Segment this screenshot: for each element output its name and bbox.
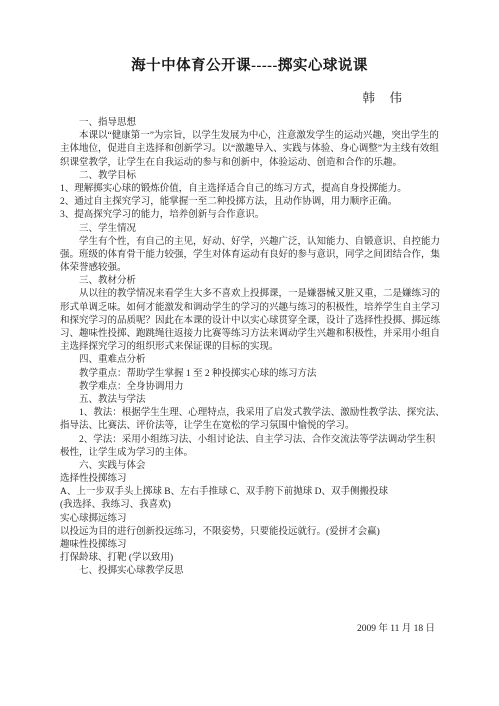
text-line: 七、投掷实心球教学反思	[60, 565, 440, 578]
text-line: 一、指导思想	[60, 117, 440, 130]
text-line: 主选择探究学习的组织形式来保证课的目标的实现。	[60, 341, 440, 354]
text-line: 三、学生情况	[60, 223, 440, 236]
text-line: 实心球掷远练习	[60, 513, 440, 526]
text-line: 二、教学目标	[60, 170, 440, 183]
text-line: 2、学法：采用小组练习法、小组讨论法、自主学习法、合作交流法等学法调动学生积	[60, 434, 440, 447]
text-line: 形式单调乏味。如何才能激发和调动学生的学习的兴趣与练习的积极性，培养学生自主学习	[60, 302, 440, 315]
text-line: 五、教法与学法	[60, 394, 440, 407]
text-line: 织课堂教学，让学生在自我运动的参与和创新中，体验运动、创造和合作的乐趣。	[60, 157, 440, 170]
text-line: 三、教材分析	[60, 275, 440, 288]
text-line: 从以往的教学情况来看学生大多不喜欢上投掷课，一是嫌器械又脏又重，二是嫌练习的	[60, 288, 440, 301]
text-line: 选择性投掷练习	[60, 473, 440, 486]
text-line: 以投远为目的进行创新投远练习，不限姿势，只要能投远就行。(爱拼才会赢)	[60, 526, 440, 539]
text-line: 体荣誉感较强。	[60, 262, 440, 275]
document-date: 2009 年 11 月 18 日	[60, 623, 440, 636]
text-line: 教学难点：全身协调用力	[60, 381, 440, 394]
text-line: 2、通过自主探究学习，能掌握一至二种投掷方法，且动作协调，用力顺序正确。	[60, 196, 440, 209]
text-line: 强。班级的体育骨干能力较强，学生对体育运动有良好的参与意识，同学之间团结合作，集	[60, 249, 440, 262]
text-line: 极性，让学生成为学习的主体。	[60, 447, 440, 460]
author-name: 韩 伟	[0, 90, 499, 106]
text-line: (我选择、我练习、我喜欢)	[60, 499, 440, 512]
text-line: A、上一步双手头上掷球 B、左右手推球 C、双手胯下前抛球 D、双手侧搬投球	[60, 486, 440, 499]
text-line: 四、重难点分析	[60, 354, 440, 367]
document-page: 海十中体育公开课-----掷实心球说课 韩 伟 一、指导思想本课以“健康第一”为…	[0, 0, 499, 706]
text-line: 习、趣味性投掷、跑跳绳往返接力比赛等练习方法来调动学生兴趣和积极性，并采用小组自	[60, 328, 440, 341]
lines-container: 一、指导思想本课以“健康第一”为宗旨，以学生发展为中心，注意激发学生的运动兴趣，…	[60, 117, 440, 579]
text-line: 3、提高探究学习的能力，培养创新与合作意识。	[60, 209, 440, 222]
text-line: 指导法、比赛法、评价法等，让学生在宽松的学习氛围中愉悦的学习。	[60, 420, 440, 433]
text-line: 1、教法：根据学生生理、心理特点，我采用了启发式教学法、激励性教学法、探究法、	[60, 407, 440, 420]
text-line: 主体地位，促进自主选择和创新学习。以“激趣导入、实践与体验、身心调整”为主线有效…	[60, 143, 440, 156]
text-line: 和探究学习的品质呢？因此在本课的设计中以实心球贯穿全课，设计了选择性投掷、掷远练	[60, 315, 440, 328]
document-title: 海十中体育公开课-----掷实心球说课	[0, 0, 499, 76]
document-body: 一、指导思想本课以“健康第一”为宗旨，以学生发展为中心，注意激发学生的运动兴趣，…	[60, 117, 440, 636]
text-line: 六、实践与体会	[60, 460, 440, 473]
text-line: 本课以“健康第一”为宗旨，以学生发展为中心，注意激发学生的运动兴趣，突出学生的	[60, 130, 440, 143]
text-line: 趣味性投掷练习	[60, 539, 440, 552]
text-line: 教学重点：帮助学生掌握 1 至 2 种投掷实心球的练习方法	[60, 368, 440, 381]
text-line: 1、理解掷实心球的锻炼价值，自主选择适合自己的练习方式，提高自身投掷能力。	[60, 183, 440, 196]
text-line: 打保龄球、打靶 (学以致用)	[60, 552, 440, 565]
text-line: 学生有个性，有自己的主见，好动、好学，兴趣广泛，认知能力、自锻意识、自控能力	[60, 236, 440, 249]
